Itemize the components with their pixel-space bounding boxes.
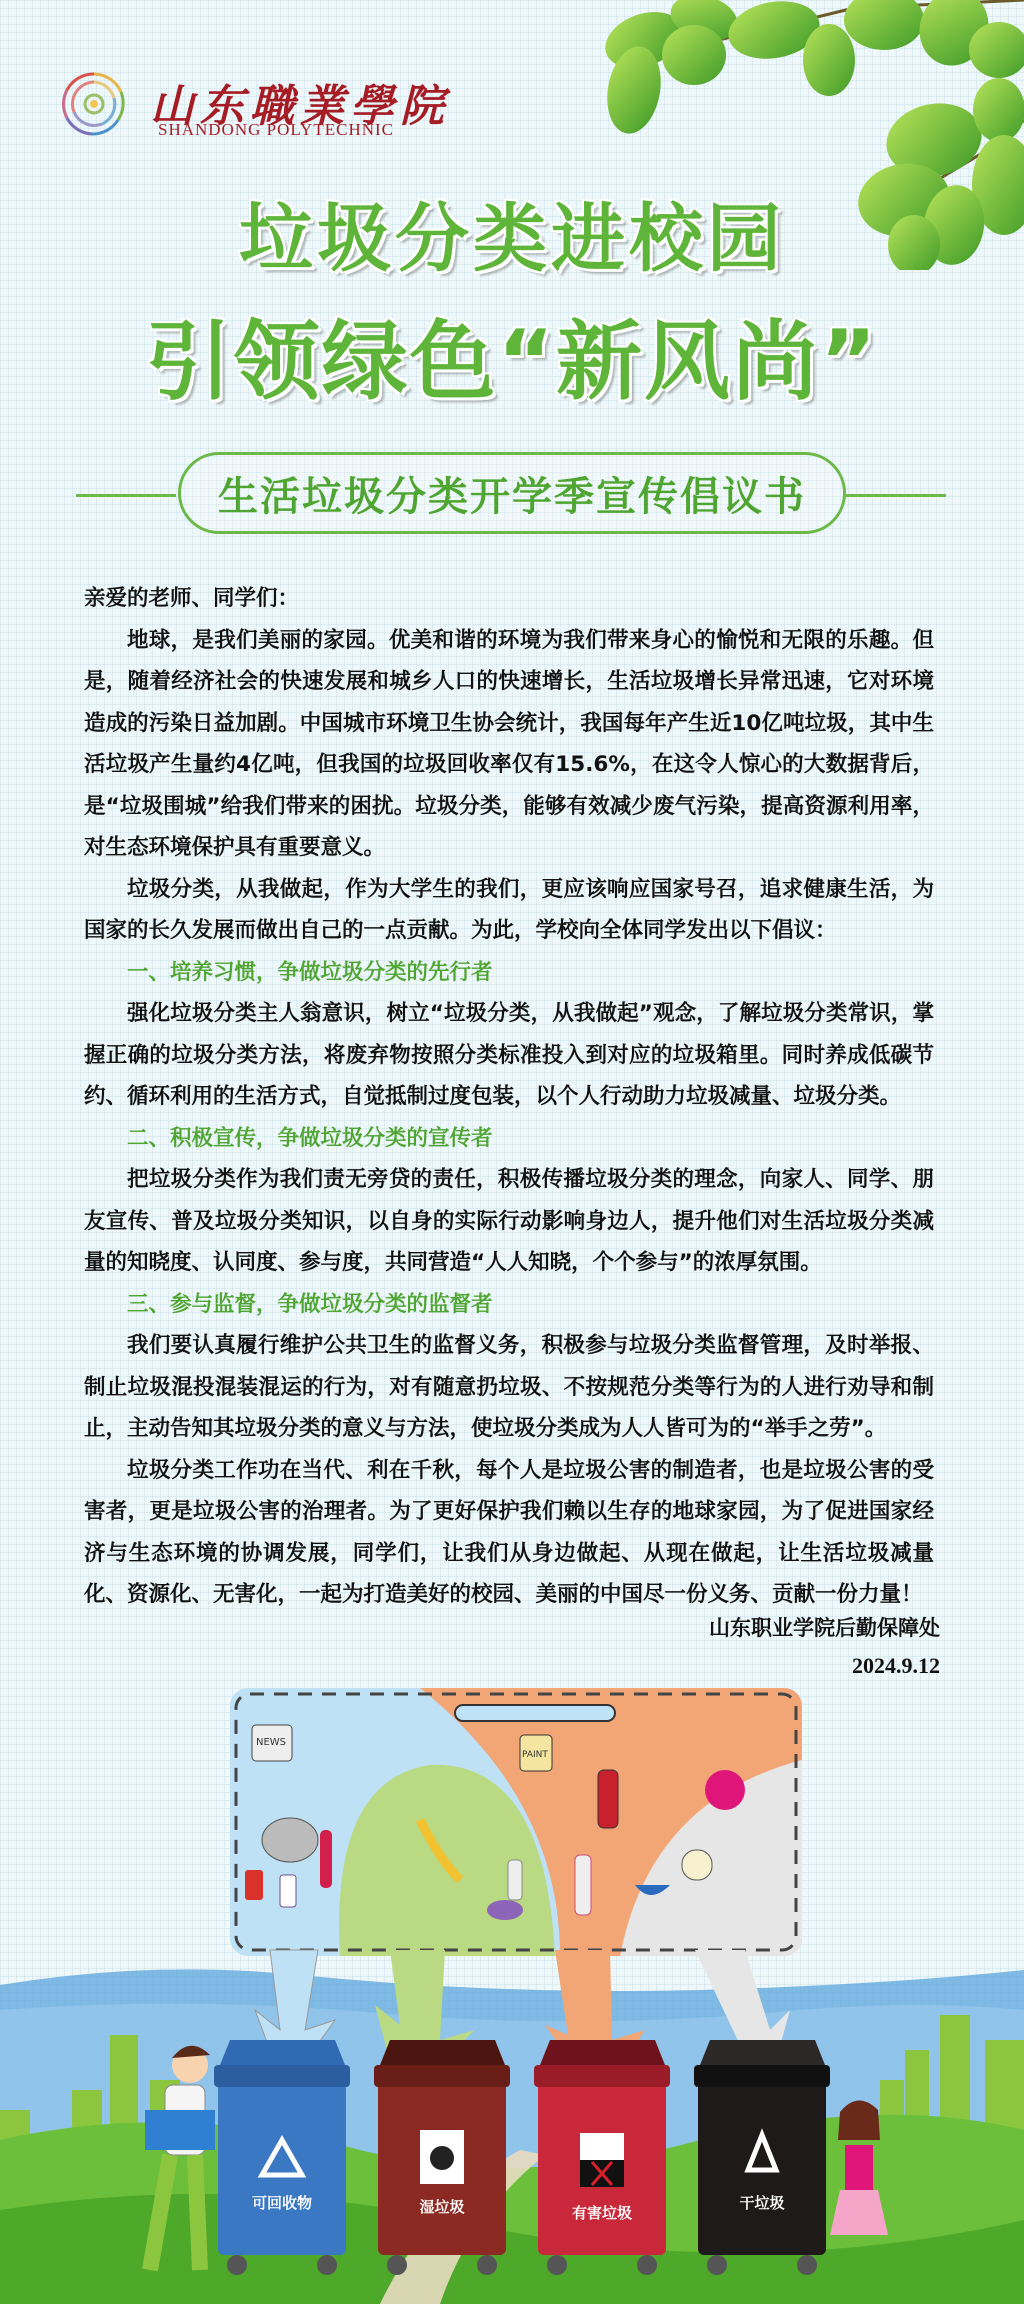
waste-sorting-illustration: NEWS PAINT (0, 1680, 1024, 2304)
paragraph-intro: 地球，是我们美丽的家园。优美和谐的环境为我们带来身心的愉悦和无限的乐趣。但是，随… (84, 620, 934, 869)
section-heading-1: 一、培养习惯，争做垃圾分类的先行者 (84, 952, 934, 994)
svg-text:PAINT: PAINT (522, 1750, 548, 1760)
college-name-english: SHANDONG POLYTECHNIC (158, 120, 394, 140)
bin-label-hazardous-waste: 有害垃圾 (542, 2202, 662, 2223)
subtitle-divider-left (76, 494, 176, 497)
bin-label-dry-waste: 干垃圾 (702, 2192, 822, 2213)
signature-date: 2024.9.12 (852, 1653, 940, 1679)
greeting: 亲爱的老师、同学们： (84, 578, 934, 620)
paragraph-closing: 垃圾分类工作功在当代、利在千秋，每个人是垃圾公害的制造者，也是垃圾公害的受害者，… (84, 1450, 934, 1616)
section-heading-2: 二、积极宣传，争做垃圾分类的宣传者 (84, 1118, 934, 1160)
signature-organization: 山东职业学院后勤保障处 (709, 1612, 940, 1642)
section-text-1: 强化垃圾分类主人翁意识，树立“垃圾分类，从我做起”观念，了解垃圾分类常识，掌握正… (84, 993, 934, 1118)
svg-text:NEWS: NEWS (256, 1737, 286, 1748)
bin-label-recyclable: 可回收物 (222, 2192, 342, 2213)
section-text-2: 把垃圾分类作为我们责无旁贷的责任，积极传播垃圾分类的理念，向家人、同学、朋友宣传… (84, 1159, 934, 1284)
bin-label-wet-waste: 湿垃圾 (382, 2196, 502, 2217)
section-text-3: 我们要认真履行维护公共卫生的监督义务，积极参与垃圾分类监督管理，及时举报、制止垃… (84, 1325, 934, 1450)
college-logo-emblem (58, 68, 130, 140)
main-title-line1: 垃圾分类进校园 (0, 180, 1024, 286)
subtitle-divider-right (846, 494, 946, 497)
subtitle-banner: 生活垃圾分类开学季宣传倡议书 (178, 452, 846, 534)
paragraph-call: 垃圾分类，从我做起，作为大学生的我们，更应该响应国家号召，追求健康生活，为国家的… (84, 869, 934, 952)
proposal-body: 亲爱的老师、同学们： 地球，是我们美丽的家园。优美和谐的环境为我们带来身心的愉悦… (84, 578, 934, 1616)
main-title-line2: 引领绿色“新风尚” (0, 292, 1024, 416)
section-heading-3: 三、参与监督，争做垃圾分类的监督者 (84, 1284, 934, 1326)
